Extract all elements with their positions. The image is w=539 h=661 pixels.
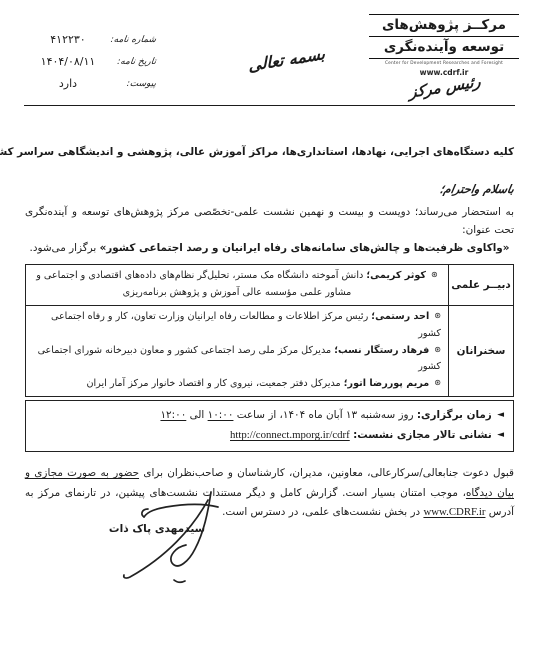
meeting-title-suffix: برگزار می‌شود. — [30, 242, 100, 254]
secretary-desc: دانش آموخته دانشگاه مک مستر، تحلیل‌گر نظ… — [36, 270, 366, 298]
salutation-calligraphy: باسلام واحترام؛ — [439, 182, 515, 196]
virtual-hall-link[interactable]: http://connect.mporg.ir/cdrf — [230, 425, 350, 446]
letter-date-label: تاریخ نامه: — [109, 57, 156, 67]
letter-page: مرکــز پژوهش‌های توسعه وآینده‌نگری Cente… — [0, 0, 539, 661]
row-header-secretary: دبیــر علمی — [449, 265, 514, 306]
attachment-label: پیوست: — [109, 79, 156, 89]
speaker-item: ⊛ احد رستمی؛ رئیس مرکز اطلاعات و مطالعات… — [33, 309, 441, 343]
attachment-value: دارد — [26, 77, 110, 90]
venue-line: ◄ نشانی تالار مجازی نشست: http://connect… — [35, 425, 504, 446]
closing-part1: قبول دعوت جنابعالی/سرکارعالی، معاونین، م… — [139, 467, 514, 479]
besmele-calligraphy: بسمه تعالی — [248, 44, 325, 75]
letter-number-value: ۴۱۲۲۳۰ — [26, 33, 110, 46]
org-logo-english-subtitle: Center for Development Researches and Fo… — [369, 61, 519, 66]
triangle-bullet-icon: ◄ — [497, 430, 504, 440]
speakers-cell: ⊛ احد رستمی؛ رئیس مرکز اطلاعات و مطالعات… — [26, 305, 449, 396]
speaker-item: ⊛ مریم پوررضا اتور؛ مدیرکل دفتر جمعیت، ن… — [33, 376, 441, 393]
flower-bullet-icon: ⊛ — [431, 270, 438, 279]
addressee-line: کلیه دستگاه‌های اجرایی، نهادها، استاندار… — [25, 146, 514, 158]
letter-body: کلیه دستگاه‌های اجرایی، نهادها، استاندار… — [25, 140, 514, 523]
secretary-cell: ⊛ کوثر کریمی؛ دانش آموخته دانشگاه مک مست… — [26, 265, 449, 306]
flower-bullet-icon: ⊛ — [434, 378, 441, 387]
speaker-desc: مدیرکل دفتر جمعیت، نیروی کار و اقتصاد خا… — [86, 378, 343, 389]
list-item: ⊛ کوثر کریمی؛ دانش آموخته دانشگاه مک مست… — [36, 270, 438, 298]
org-website: www.cdrf.ir — [369, 68, 519, 77]
signature-scrawl-icon — [82, 487, 242, 602]
secretary-name: کوثر کریمی؛ — [366, 270, 426, 281]
speaker-name: مریم پوررضا اتور؛ — [344, 378, 430, 389]
speaker-name: احد رستمی؛ — [371, 311, 429, 322]
participants-table: دبیــر علمی ⊛ کوثر کریمی؛ دانش آموخته دا… — [25, 264, 514, 396]
table-row-speakers: سخنرانان ⊛ احد رستمی؛ رئیس مرکز اطلاعات … — [26, 305, 514, 396]
flower-bullet-icon: ⊛ — [434, 311, 441, 320]
org-logo: مرکــز پژوهش‌های توسعه وآینده‌نگری Cente… — [369, 14, 519, 77]
time-text: روز سه‌شنبه ۱۳ آبان ماه ۱۴۰۴، از ساعت — [233, 409, 416, 421]
table-row-secretary: دبیــر علمی ⊛ کوثر کریمی؛ دانش آموخته دا… — [26, 265, 514, 306]
letter-meta: شماره نامه: ۴۱۲۲۳۰ تاریخ نامه: ۱۴۰۴/۰۸/۱… — [26, 33, 156, 90]
row-header-speakers: سخنرانان — [449, 305, 514, 396]
end-time: ۱۲:۰۰ — [160, 409, 186, 421]
letter-number-label: شماره نامه: — [109, 35, 156, 45]
intro-paragraph: به استحضار می‌رساند؛ دویست و بیست و نهمی… — [25, 203, 514, 239]
speaker-name: فرهاد رستگار نسب؛ — [334, 345, 429, 356]
cdrf-site-link[interactable]: www.CDRF.ir — [423, 503, 485, 523]
signature-block: سیدمهدی پاک ذات — [82, 487, 242, 602]
schedule-box: ◄ زمان برگزاری: روز سه‌شنبه ۱۳ آبان ماه … — [25, 400, 514, 453]
org-logo-line2: توسعه وآینده‌نگری — [369, 37, 519, 59]
flower-bullet-icon: ⊛ — [434, 345, 441, 354]
speaker-item: ⊛ فرهاد رستگار نسب؛ مدیرکل مرکز ملی رصد … — [33, 343, 441, 377]
time-line: ◄ زمان برگزاری: روز سه‌شنبه ۱۳ آبان ماه … — [35, 405, 504, 426]
header-divider — [24, 105, 515, 106]
org-logo-line1: مرکــز پژوهش‌های — [369, 14, 519, 37]
triangle-bullet-icon: ◄ — [497, 410, 504, 420]
start-time: ۱۰:۰۰ — [208, 409, 234, 421]
letter-date-value: ۱۴۰۴/۰۸/۱۱ — [26, 55, 110, 68]
time-to-text: الی — [186, 409, 207, 421]
meeting-title: «واکاوی ظرفیت‌ها و چالش‌های سامانه‌های ر… — [100, 242, 510, 254]
meeting-title-line: «واکاوی ظرفیت‌ها و چالش‌های سامانه‌های ر… — [25, 242, 514, 254]
venue-label: نشانی تالار مجازی نشست: — [353, 429, 492, 441]
time-label: زمان برگزاری: — [417, 409, 492, 421]
closing-part3: در بخش نشست‌های علمی، در دسترس است. — [222, 506, 423, 518]
